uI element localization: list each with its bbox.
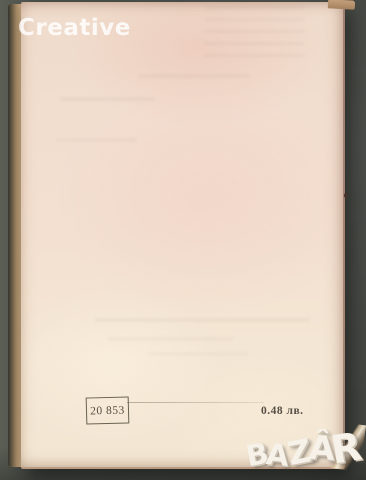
bazar-logo-watermark: B A Z Â R (245, 427, 362, 470)
stamp-number: 20 853 (90, 404, 125, 417)
faint-rule-line (127, 402, 264, 403)
book-top-right-corner (328, 0, 355, 10)
creative-watermark: Creative (18, 15, 131, 41)
page-edge-speck (344, 193, 348, 198)
logo-letter: R (329, 427, 365, 470)
inventory-stamp: 20 853 (86, 396, 130, 424)
photo-background: Creative 20 853 0.48 лв. B A Z Â R (0, 0, 366, 480)
book-back-cover-page (21, 2, 345, 469)
book-spine-edge (8, 4, 22, 467)
price-label: 0.48 лв. (261, 405, 304, 417)
